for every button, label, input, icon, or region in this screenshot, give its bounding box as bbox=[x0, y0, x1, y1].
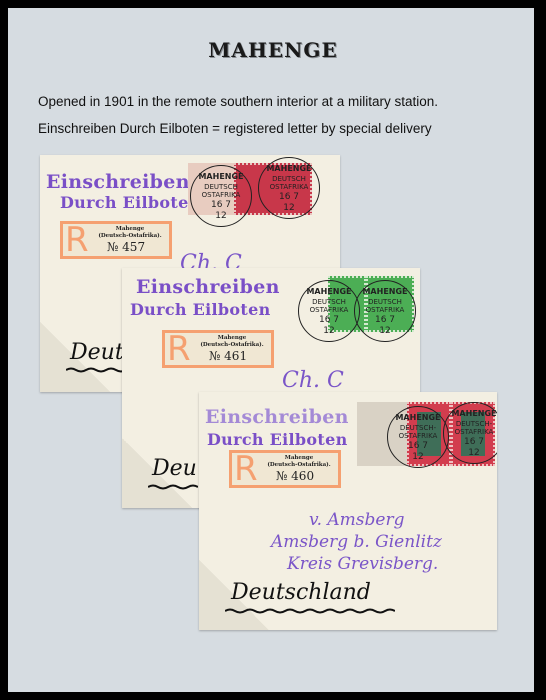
registration-number: № 461 bbox=[209, 349, 247, 363]
handwritten-destination: Deu bbox=[152, 456, 197, 481]
handstamp-durch-eilboten: Durch Eilboten bbox=[130, 300, 271, 319]
postmark: MAHENGE DEUTSCH-OSTAFRIKA 16 7 12 bbox=[387, 406, 449, 468]
address-line-2: Amsberg b. Gienlitz bbox=[271, 532, 442, 552]
postmark: MAHENGE DEUTSCHOSTAFRIKA 16 7 12 bbox=[298, 280, 360, 342]
registration-label: R Mahenge (Deutsch-Ostafrika). № 460 bbox=[229, 450, 341, 488]
address-line-1: v. Amsberg bbox=[309, 510, 404, 530]
description-line-1: Opened in 1901 in the remote southern in… bbox=[38, 94, 438, 109]
registration-label: R Mahenge (Deutsch-Ostafrika). № 461 bbox=[162, 330, 274, 368]
wavy-underline bbox=[148, 484, 198, 490]
registration-r: R bbox=[234, 450, 258, 488]
cover-460: Einschreiben Durch Eilboten R Mahenge (D… bbox=[199, 392, 497, 630]
handstamp-einschreiben: Einschreiben bbox=[46, 171, 190, 193]
registration-number: № 457 bbox=[107, 240, 145, 254]
handwritten-destination: Deut bbox=[70, 340, 124, 365]
wavy-underline bbox=[66, 367, 126, 373]
description-line-2: Einschreiben Durch Eilboten = registered… bbox=[38, 121, 432, 136]
wavy-underline bbox=[225, 608, 395, 614]
postmark: MAHENGE DEUTSCHOSTAFRIKA 16 7 12 bbox=[190, 165, 252, 227]
handstamp-durch-eilboten: Durch Eilboten bbox=[207, 430, 348, 449]
handwritten-address: Ch. C bbox=[282, 368, 344, 393]
registration-label: R Mahenge (Deutsch-Ostafrika). № 457 bbox=[60, 221, 172, 259]
handwritten-destination: Deutschland bbox=[231, 580, 371, 605]
handstamp-einschreiben: Einschreiben bbox=[205, 406, 349, 428]
registration-r: R bbox=[65, 221, 89, 259]
address-line-3: Kreis Grevisberg. bbox=[287, 554, 438, 574]
page-title: MAHENGE bbox=[0, 38, 546, 62]
handstamp-durch-eilboten: Durch Eilboten bbox=[60, 193, 201, 212]
registration-place: Mahenge (Deutsch-Ostafrika). bbox=[260, 455, 338, 469]
registration-place: Mahenge (Deutsch-Ostafrika). bbox=[91, 226, 169, 240]
registration-r: R bbox=[167, 330, 191, 368]
postmark: MAHENGE DEUTSCHOSTAFRIKA 16 7 12 bbox=[258, 157, 320, 219]
postmark: MAHENGE DEUTSCHOSTAFRIKA 16 7 12 bbox=[354, 280, 416, 342]
registration-place: Mahenge (Deutsch-Ostafrika). bbox=[193, 335, 271, 349]
postmark: MAHENGE DEUTSCH-OSTAFRIKA 16 7 12 bbox=[443, 402, 497, 464]
handstamp-einschreiben: Einschreiben bbox=[136, 276, 280, 298]
registration-number: № 460 bbox=[276, 469, 314, 483]
